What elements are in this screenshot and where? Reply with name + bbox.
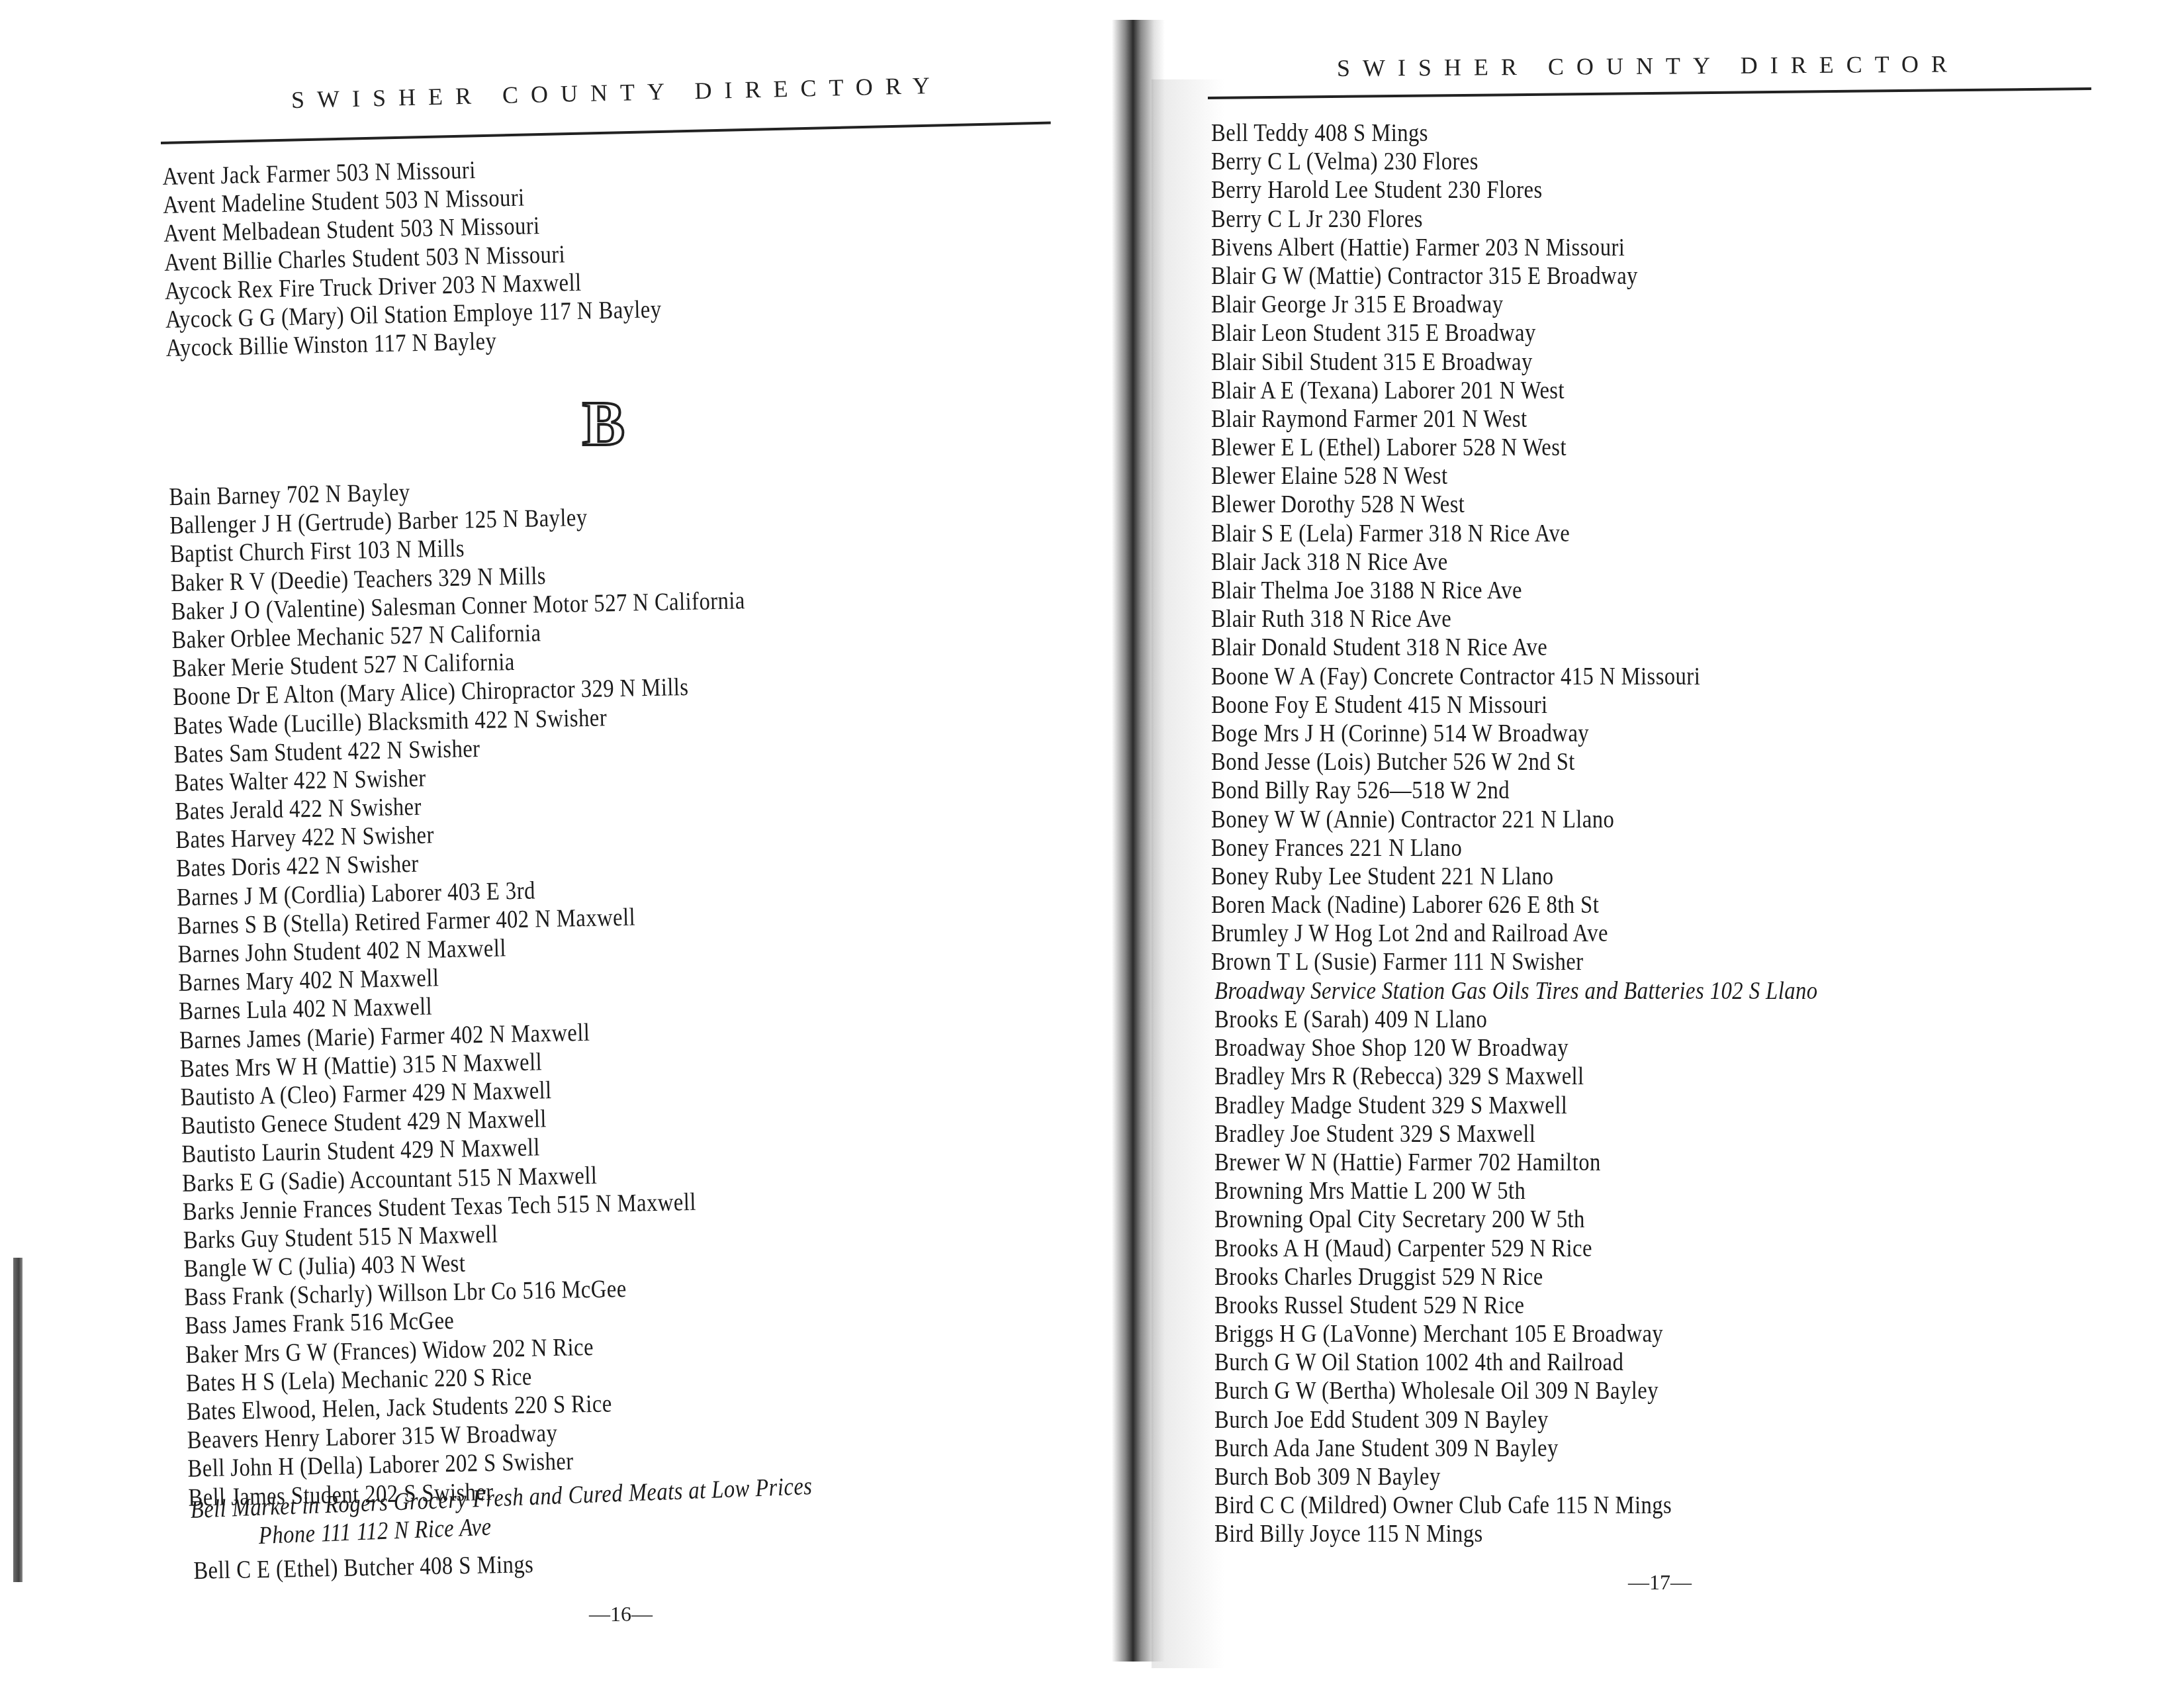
directory-entry: Bond Jesse (Lois) Butcher 526 W 2nd St: [1211, 748, 1700, 776]
directory-entry: Burch Joe Edd Student 309 N Bayley: [1214, 1406, 1672, 1434]
directory-entry: Bond Billy Ray 526—518 W 2nd: [1211, 776, 1700, 805]
directory-entry: Blair Leon Student 315 E Broadway: [1211, 319, 1700, 348]
page-number-left: —16—: [589, 1602, 653, 1626]
directory-entry: Bradley Joe Student 329 S Maxwell: [1214, 1120, 1672, 1149]
directory-entry: Briggs H G (LaVonne) Merchant 105 E Broa…: [1214, 1320, 1672, 1348]
directory-entry: Brown T L (Susie) Farmer 111 N Swisher: [1211, 948, 1700, 976]
directory-entry: Burch G W (Bertha) Wholesale Oil 309 N B…: [1214, 1377, 1672, 1405]
directory-entry: Boren Mack (Nadine) Laborer 626 E 8th St: [1211, 891, 1700, 919]
directory-entry: Browning Mrs Mattie L 200 W 5th: [1214, 1177, 1672, 1205]
directory-entry: Blair Thelma Joe 3188 N Rice Ave: [1211, 577, 1700, 605]
section-letter-b: B: [582, 392, 625, 455]
directory-entry: Bird C C (Mildred) Owner Club Cafe 115 N…: [1214, 1491, 1672, 1520]
running-head-left: SWISHER COUNTY DIRECTORY: [291, 71, 943, 114]
page-edge-shadow: [13, 1258, 23, 1582]
directory-entry: Boney W W (Annie) Contractor 221 N Llano: [1211, 806, 1700, 834]
directory-entry: Brumley J W Hog Lot 2nd and Railroad Ave: [1211, 919, 1700, 948]
left-page: SWISHER COUNTY DIRECTORY Avent Jack Farm…: [0, 0, 1125, 1688]
directory-entry: Bell Teddy 408 S Mings: [1211, 119, 1700, 148]
advertisement-line: Broadway Service Station Gas Oils Tires …: [1214, 977, 1817, 1006]
directory-entry: Blewer Elaine 528 N West: [1211, 462, 1700, 491]
directory-entry: Blewer Dorothy 528 N West: [1211, 491, 1700, 519]
directory-entry: Blair George Jr 315 E Broadway: [1211, 291, 1700, 319]
directory-entry: Blair Ruth 318 N Rice Ave: [1211, 605, 1700, 633]
directory-entry: Boge Mrs J H (Corinne) 514 W Broadway: [1211, 720, 1700, 748]
directory-entry: Berry C L (Velma) 230 Flores: [1211, 148, 1700, 176]
entry-list-end: Bell C E (Ethel) Butcher 408 S Mings: [193, 1550, 589, 1586]
directory-entry: Bradley Mrs R (Rebecca) 329 S Maxwell: [1214, 1062, 1672, 1091]
directory-entry: Brooks A H (Maud) Carpenter 529 N Rice: [1214, 1235, 1672, 1263]
directory-entry: Blair S E (Lela) Farmer 318 N Rice Ave: [1211, 520, 1700, 548]
running-head-right: SWISHER COUNTY DIRECTOR: [1337, 50, 1960, 82]
directory-entry: Brooks Charles Druggist 529 N Rice: [1214, 1263, 1672, 1291]
directory-entry: Bradley Madge Student 329 S Maxwell: [1214, 1092, 1672, 1120]
header-rule-left: [161, 121, 1051, 144]
directory-entry: Blair A E (Texana) Laborer 201 N West: [1211, 377, 1700, 405]
directory-entry: Berry Harold Lee Student 230 Flores: [1211, 176, 1700, 205]
entry-list-bottom: Brooks E (Sarah) 409 N LlanoBroadway Sho…: [1214, 1006, 1747, 1549]
directory-entry: Blair G W (Mattie) Contractor 315 E Broa…: [1211, 262, 1700, 291]
entry-list-a: Avent Jack Farmer 503 N MissouriAvent Ma…: [162, 151, 743, 363]
directory-entry: Browning Opal City Secretary 200 W 5th: [1214, 1205, 1672, 1234]
directory-entry: Blair Raymond Farmer 201 N West: [1211, 405, 1700, 434]
directory-entry: Burch Bob 309 N Bayley: [1214, 1463, 1672, 1491]
directory-entry: Blair Sibil Student 315 E Broadway: [1211, 348, 1700, 377]
directory-entry: Boney Frances 221 N Llano: [1211, 834, 1700, 863]
directory-entry: Bell C E (Ethel) Butcher 408 S Mings: [193, 1550, 534, 1585]
directory-entry: Brooks E (Sarah) 409 N Llano: [1214, 1006, 1672, 1034]
directory-entry: Boone W A (Fay) Concrete Contractor 415 …: [1211, 663, 1700, 691]
directory-entry: Blair Donald Student 318 N Rice Ave: [1211, 633, 1700, 662]
directory-entry: Berry C L Jr 230 Flores: [1211, 205, 1700, 234]
directory-entry: Blewer E L (Ethel) Laborer 528 N West: [1211, 434, 1700, 462]
directory-entry: Burch Ada Jane Student 309 N Bayley: [1214, 1434, 1672, 1463]
advertisement-block-right: Broadway Service Station Gas Oils Tires …: [1214, 977, 1916, 1006]
directory-entry: Broadway Shoe Shop 120 W Broadway: [1214, 1034, 1672, 1062]
page-number-right: —17—: [1628, 1570, 1692, 1595]
directory-entry: Boney Ruby Lee Student 221 N Llano: [1211, 863, 1700, 891]
directory-entry: Bivens Albert (Hattie) Farmer 203 N Miss…: [1211, 234, 1700, 262]
header-rule-right: [1208, 87, 2091, 99]
directory-entry: Brewer W N (Hattie) Farmer 702 Hamilton: [1214, 1149, 1672, 1177]
directory-entry: Bird Billy Joyce 115 N Mings: [1214, 1520, 1672, 1548]
directory-entry: Burch G W Oil Station 1002 4th and Railr…: [1214, 1348, 1672, 1377]
entry-list-top: Bell Teddy 408 S MingsBerry C L (Velma) …: [1211, 119, 1780, 977]
directory-entry: Brooks Russel Student 529 N Rice: [1214, 1291, 1672, 1320]
right-page: SWISHER COUNTY DIRECTOR Bell Teddy 408 S…: [1125, 0, 2184, 1688]
directory-entry: Boone Foy E Student 415 N Missouri: [1211, 691, 1700, 720]
entry-list-b: Bain Barney 702 N BayleyBallenger J H (G…: [169, 471, 856, 1513]
directory-entry: Blair Jack 318 N Rice Ave: [1211, 548, 1700, 577]
